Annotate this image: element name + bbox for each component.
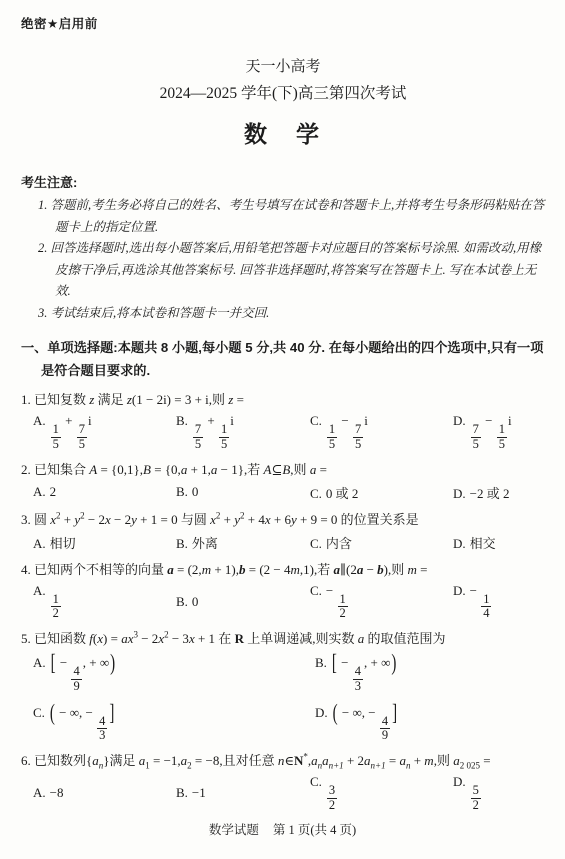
option-label: B. — [176, 785, 188, 800]
option-A: A.−8 — [33, 785, 176, 801]
option-C: C.− 12 — [310, 583, 453, 622]
option-C: C.32 — [310, 774, 453, 813]
option-label: B. — [176, 594, 188, 609]
options-row: A.−8B.−1C.32D.52 — [21, 774, 545, 813]
option-label: D. — [315, 705, 328, 720]
fraction: 12 — [338, 593, 348, 622]
question-stem: 4. 已知两个不相等的向量 a = (2,m + 1),b = (2 − 4m,… — [21, 560, 545, 579]
option-label: A. — [33, 655, 46, 670]
option-A: A.15 + 75i — [33, 413, 176, 452]
question-6: 6. 已知数列{an}满足 a1 = −1,a2 = −8,且对任意 n∈N*,… — [21, 751, 545, 813]
question-4: 4. 已知两个不相等的向量 a = (2,m + 1),b = (2 − 4m,… — [21, 560, 545, 622]
question-stem: 5. 已知函数 f(x) = ax3 − 2x2 − 3x + 1 在 R 上单… — [21, 629, 545, 648]
option-A: A.相切 — [33, 533, 176, 552]
question-stem: 1. 已知复数 z 满足 z(1 − 2i) = 3 + i,则 z = — [21, 390, 545, 409]
fraction: 43 — [97, 715, 107, 744]
option-D: D.75 − 15i — [453, 413, 545, 452]
secrecy-label: 绝密★启用前 — [21, 14, 545, 32]
option-D: D.− 14 — [453, 583, 545, 622]
question-1: 1. 已知复数 z 满足 z(1 − 2i) = 3 + i,则 z =A.15… — [21, 390, 545, 452]
option-label: B. — [176, 413, 188, 428]
option-label: D. — [453, 413, 466, 428]
fraction: 75 — [77, 423, 87, 452]
option-A: A.[ − 49, + ∞) — [33, 655, 315, 694]
option-A: A.12 — [33, 583, 176, 622]
exam-session-title: 2024—2025 学年(下)高三第四次考试 — [21, 81, 545, 103]
option-C: C.0 或 2 — [310, 483, 453, 502]
option-C: C.15 − 75i — [310, 413, 453, 452]
options-row: A.15 + 75iB.75 + 15iC.15 − 75iD.75 − 15i — [21, 413, 545, 452]
fraction: 75 — [193, 423, 203, 452]
options-row: A.2B.0C.0 或 2D.−2 或 2 — [21, 483, 545, 502]
notice-list: 1. 答题前,考生务必将自己的姓名、考生号填写在试卷和答题卡上,并将考生号条形码… — [38, 195, 545, 324]
question-stem: 3. 圆 x2 + y2 − 2x − 2y + 1 = 0 与圆 x2 + y… — [21, 510, 545, 529]
options-row: A.相切B.外离C.内含D.相交 — [21, 533, 545, 552]
option-label: A. — [33, 583, 46, 598]
questions-list: 1. 已知复数 z 满足 z(1 − 2i) = 3 + i,则 z =A.15… — [21, 390, 545, 813]
footer-page-number: 第 1 页(共 4 页) — [273, 823, 356, 837]
option-D: D.52 — [453, 774, 545, 813]
option-label: C. — [33, 705, 45, 720]
option-B: B.0 — [176, 594, 310, 610]
question-3: 3. 圆 x2 + y2 − 2x − 2y + 1 = 0 与圆 x2 + y… — [21, 510, 545, 552]
question-stem: 2. 已知集合 A = {0,1},B = {0,a + 1,a − 1},若 … — [21, 460, 545, 479]
notice-item-2: 2. 回答选择题时,选出每小题答案后,用铅笔把答题卡对应题目的答案标号涂黑. 如… — [38, 238, 545, 303]
fraction: 49 — [380, 715, 390, 744]
option-C: C.内含 — [310, 533, 453, 552]
subject-title: 数 学 — [21, 116, 545, 149]
notice-heading: 考生注意: — [21, 172, 545, 191]
option-label: C. — [310, 486, 322, 501]
fraction: 75 — [471, 423, 481, 452]
exam-series-title: 天一小高考 — [21, 55, 545, 76]
question-5: 5. 已知函数 f(x) = ax3 − 2x2 − 3x + 1 在 R 上单… — [21, 629, 545, 743]
fraction: 14 — [481, 593, 491, 622]
option-B: B.0 — [176, 484, 310, 500]
option-B: B.75 + 15i — [176, 413, 310, 452]
option-D: D.−2 或 2 — [453, 483, 545, 502]
fraction: 75 — [353, 423, 363, 452]
option-label: D. — [453, 486, 466, 501]
option-label: D. — [453, 536, 466, 551]
fraction: 32 — [327, 784, 337, 813]
fraction: 43 — [353, 665, 363, 694]
option-label: C. — [310, 536, 322, 551]
option-label: C. — [310, 774, 322, 789]
option-B: B.[ − 43, + ∞) — [315, 655, 545, 694]
option-label: A. — [33, 413, 46, 428]
question-2: 2. 已知集合 A = {0,1},B = {0,a + 1,a − 1},若 … — [21, 460, 545, 502]
fraction: 15 — [51, 423, 61, 452]
fraction: 15 — [497, 423, 507, 452]
option-A: A.2 — [33, 484, 176, 500]
option-label: A. — [33, 536, 46, 551]
option-label: B. — [315, 655, 327, 670]
option-label: B. — [176, 484, 188, 499]
notice-item-3: 3. 考试结束后,将本试卷和答题卡一并交回. — [38, 303, 545, 325]
fraction: 52 — [471, 784, 481, 813]
option-label: C. — [310, 583, 322, 598]
option-D: D.相交 — [453, 533, 545, 552]
option-B: B.−1 — [176, 785, 310, 801]
fraction: 15 — [219, 423, 229, 452]
option-label: D. — [453, 583, 466, 598]
option-label: D. — [453, 774, 466, 789]
option-label: C. — [310, 413, 322, 428]
options-row: A.12B.0C.− 12D.− 14 — [21, 583, 545, 622]
option-label: A. — [33, 484, 46, 499]
footer-doc-title: 数学试题 — [209, 823, 259, 837]
option-label: B. — [176, 536, 188, 551]
option-label: A. — [33, 785, 46, 800]
option-D: D.( − ∞, − 49] — [315, 705, 545, 744]
fraction: 15 — [327, 423, 337, 452]
exam-paper-page: 绝密★启用前 天一小高考 2024—2025 学年(下)高三第四次考试 数 学 … — [0, 0, 565, 859]
question-stem: 6. 已知数列{an}满足 a1 = −1,a2 = −8,且对任意 n∈N*,… — [21, 751, 545, 770]
options-row: A.[ − 49, + ∞)B.[ − 43, + ∞)C.( − ∞, − 4… — [21, 655, 545, 743]
section-heading: 一、单项选择题:本题共 8 小题,每小题 5 分,共 40 分. 在每小题给出的… — [21, 337, 545, 382]
notice-item-1: 1. 答题前,考生务必将自己的姓名、考生号填写在试卷和答题卡上,并将考生号条形码… — [38, 195, 545, 238]
option-B: B.外离 — [176, 533, 310, 552]
fraction: 49 — [71, 665, 81, 694]
option-C: C.( − ∞, − 43] — [33, 705, 315, 744]
fraction: 12 — [51, 593, 61, 622]
page-footer: 数学试题第 1 页(共 4 页) — [0, 820, 565, 838]
